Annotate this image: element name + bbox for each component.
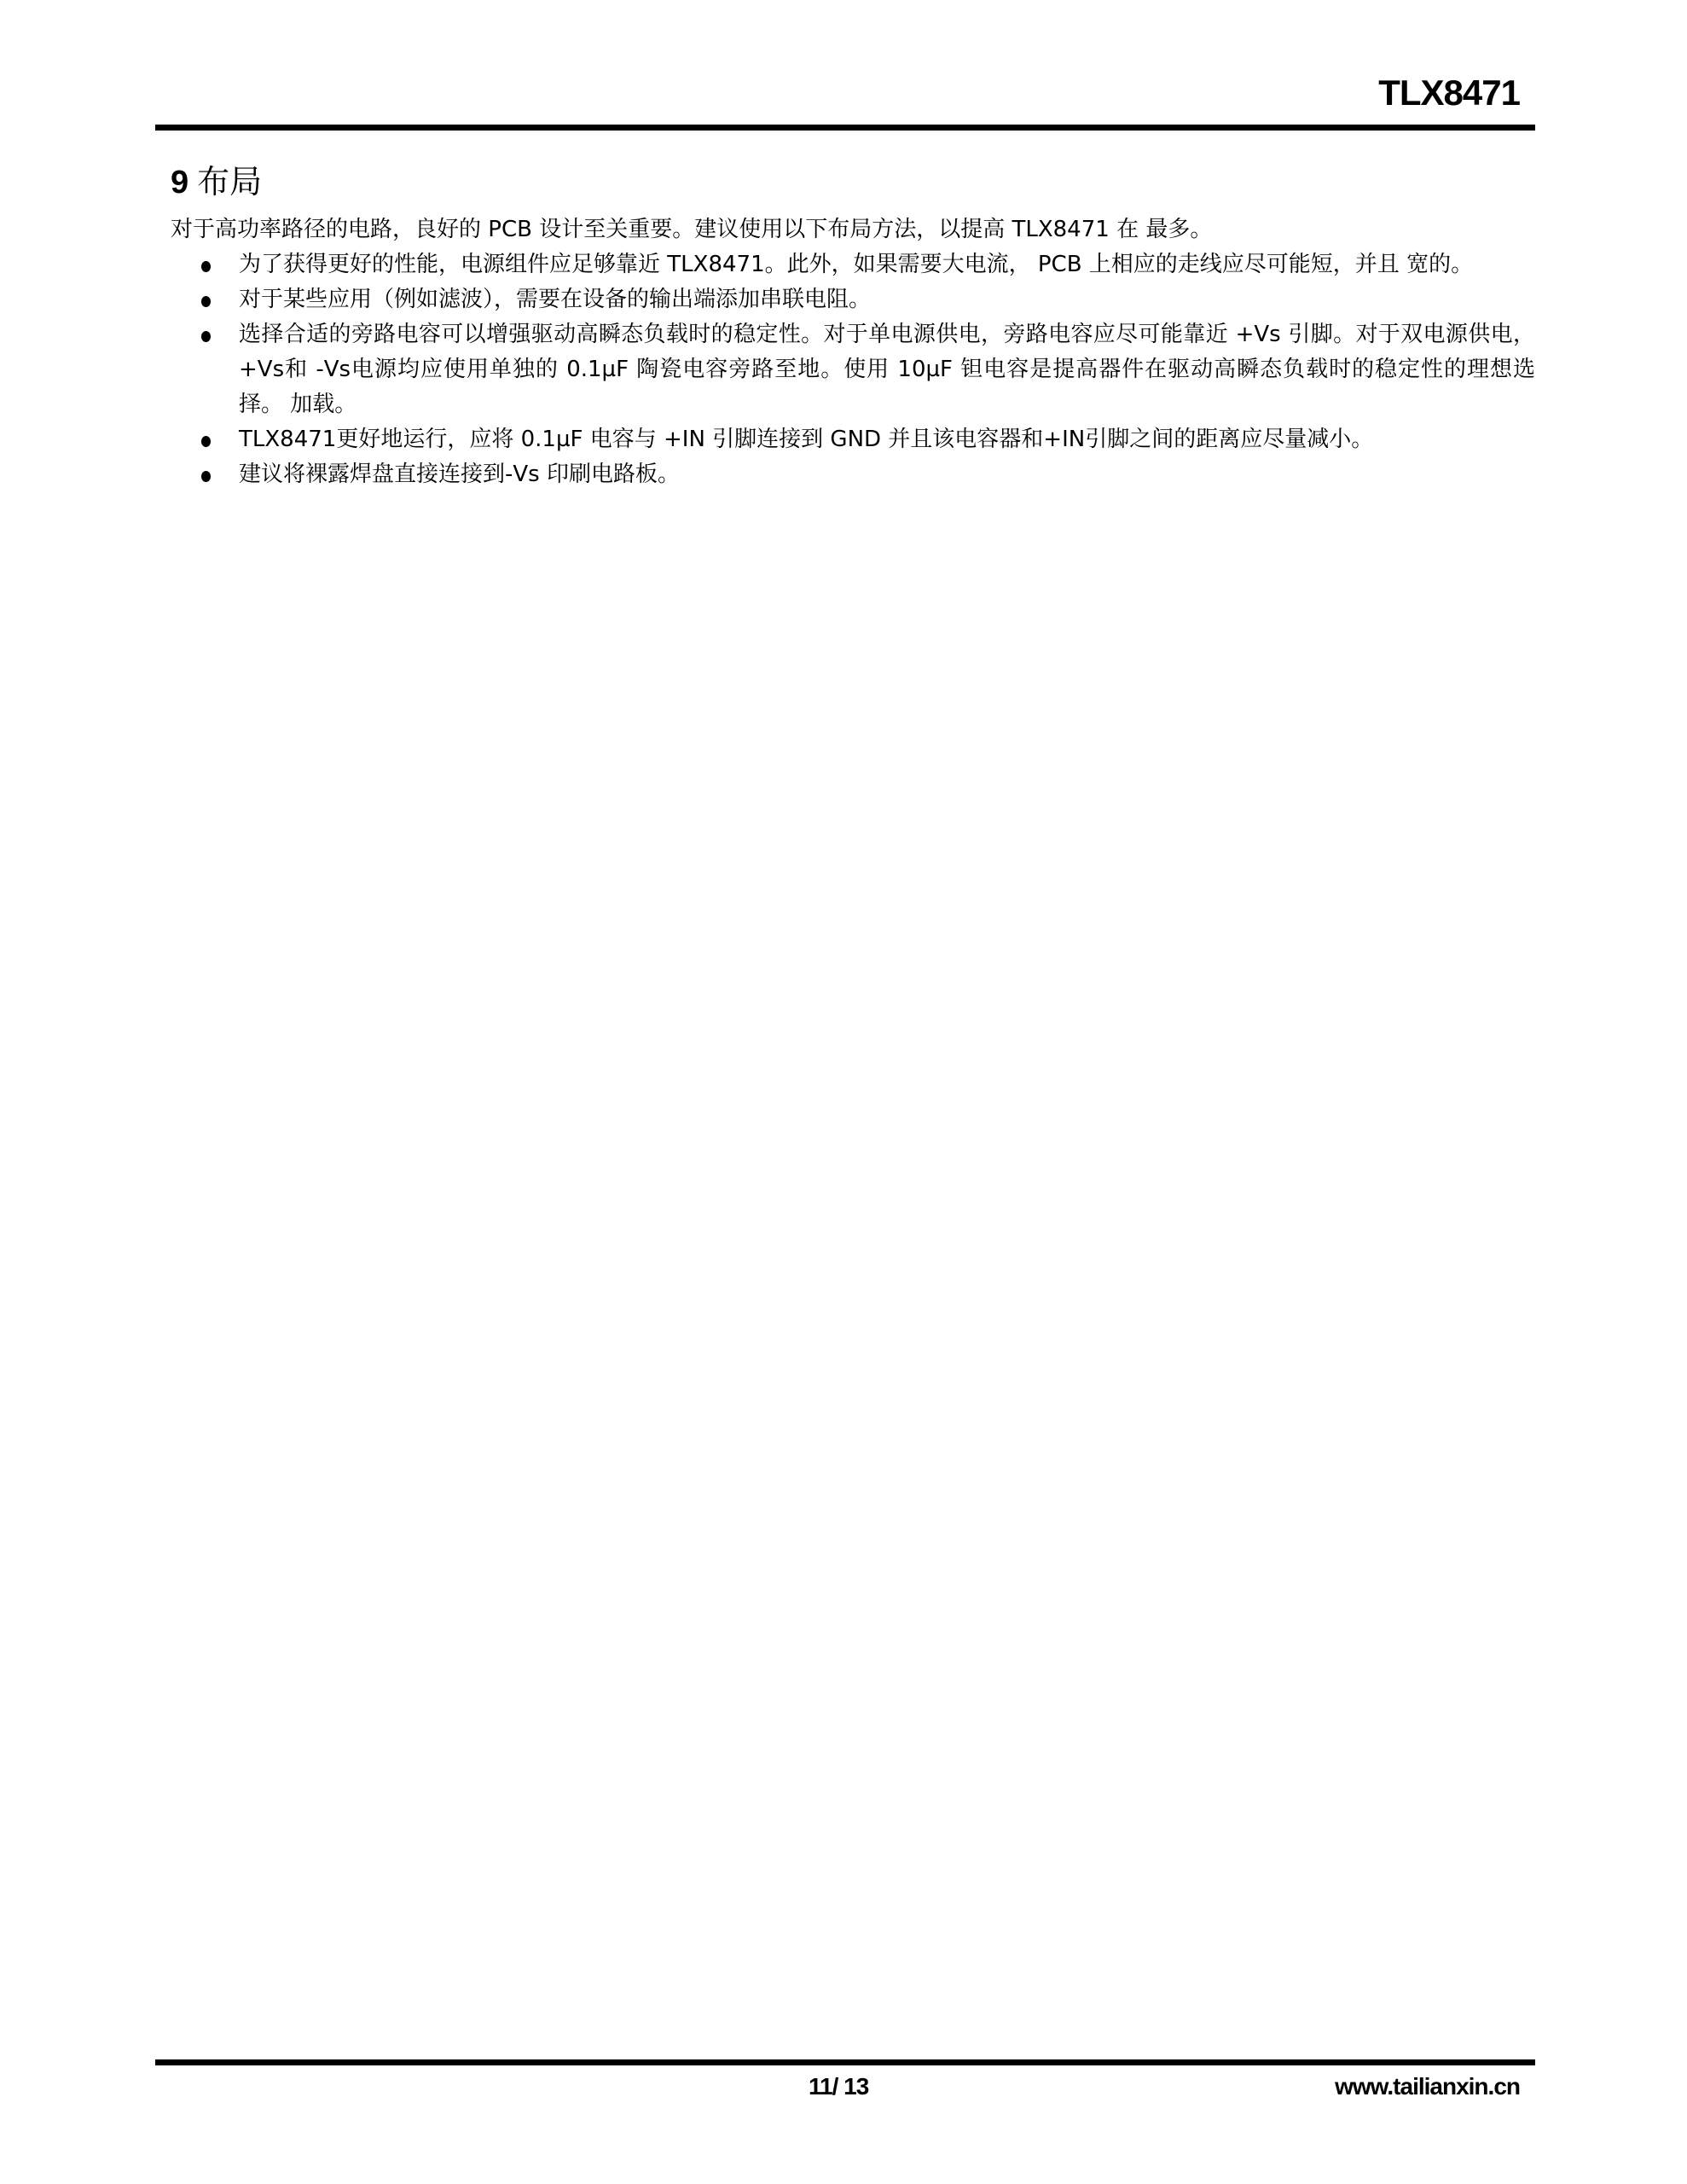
list-item-text: 选择合适的旁路电容可以增强驱动高瞬态负载时的稳定性。对于单电源供电，旁路电容应尽… — [239, 322, 1535, 417]
bullet-icon — [201, 471, 211, 482]
website-link[interactable]: www.tailianxin.cn — [1335, 2073, 1520, 2100]
bullet-icon — [201, 296, 211, 307]
list-item-text: TLX8471更好地运行，应将 0.1µF 电容与 +IN 引脚连接到 GND … — [239, 427, 1373, 452]
list-item: TLX8471更好地运行，应将 0.1µF 电容与 +IN 引脚连接到 GND … — [171, 422, 1535, 457]
section-title-text: 布局 — [197, 163, 262, 200]
list-item: 对于某些应用（例如滤波），需要在设备的输出端添加串联电阻。 — [171, 282, 1535, 317]
list-item-text: 对于某些应用（例如滤波），需要在设备的输出端添加串联电阻。 — [239, 287, 871, 312]
section-number: 9 — [171, 165, 188, 200]
list-item: 为了获得更好的性能，电源组件应足够靠近 TLX8471。此外，如果需要大电流， … — [171, 247, 1535, 282]
layout-guidelines-list: 为了获得更好的性能，电源组件应足够靠近 TLX8471。此外，如果需要大电流， … — [171, 247, 1535, 492]
header-divider — [155, 125, 1535, 131]
section-intro: 对于高功率路径的电路，良好的 PCB 设计至关重要。建议使用以下布局方法，以提高… — [171, 212, 1212, 247]
footer-divider — [155, 2059, 1535, 2065]
section-heading: 9布局 — [171, 166, 262, 199]
bullet-icon — [201, 331, 211, 342]
header-product-name: TLX8471 — [1378, 75, 1520, 111]
list-item-text: 为了获得更好的性能，电源组件应足够靠近 TLX8471。此外，如果需要大电流， … — [239, 252, 1473, 277]
bullet-icon — [201, 261, 211, 272]
list-item: 选择合适的旁路电容可以增强驱动高瞬态负载时的稳定性。对于单电源供电，旁路电容应尽… — [171, 317, 1535, 422]
list-item: 建议将裸露焊盘直接连接到-Vs 印刷电路板。 — [171, 457, 1535, 492]
list-item-text: 建议将裸露焊盘直接连接到-Vs 印刷电路板。 — [239, 462, 680, 487]
bullet-icon — [201, 436, 211, 447]
page-number: 11/ 13 — [809, 2073, 868, 2100]
